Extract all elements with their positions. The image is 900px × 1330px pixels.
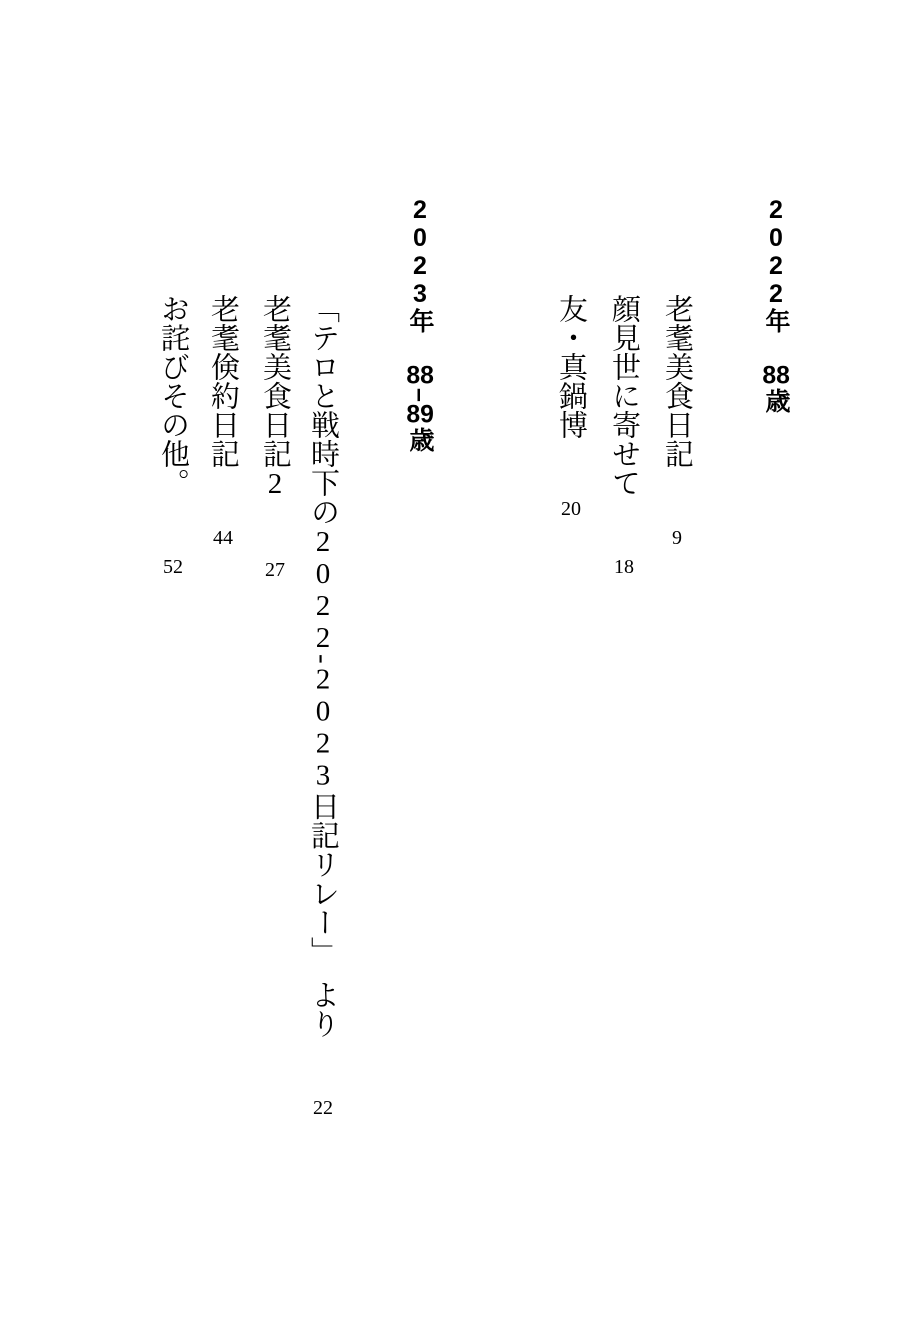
year-heading-2022: 2022年88歳 <box>763 196 788 1330</box>
toc-entry[interactable]: 老耄美食日記227 <box>260 196 289 1330</box>
section-2022: 2022年88歳 老耄美食日記9 顔見世に寄せて18 友・真鍋博20 <box>556 196 788 1330</box>
age-suffix: 歳 <box>406 427 434 452</box>
toc-entry[interactable]: 老耄倹約日記44 <box>208 196 237 1330</box>
entry-title: 老耄倹約日記 <box>207 294 239 468</box>
age-suffix: 歳 <box>762 388 790 413</box>
year-digits: 2023 <box>406 196 434 308</box>
year-suffix: 年 <box>406 308 434 333</box>
entry-page-number: 27 <box>264 560 286 580</box>
entry-title: 老耄美食日記2 <box>259 294 291 500</box>
year-heading-2023: 2023年88–89歳 <box>407 196 432 1330</box>
toc-entry[interactable]: 友・真鍋博20 <box>556 196 585 1330</box>
entry-title: 老耄美食日記 <box>661 294 693 468</box>
age-dash: – <box>406 388 434 402</box>
year-suffix: 年 <box>762 308 790 333</box>
toc-entry[interactable]: 老耄美食日記9 <box>662 196 691 1330</box>
age-start: 88 <box>406 363 434 388</box>
entry-page-number: 18 <box>613 557 635 577</box>
entry-page-number: 22 <box>312 1098 334 1118</box>
entry-page-number: 52 <box>162 557 184 577</box>
year-digits: 2022 <box>762 196 790 308</box>
table-of-contents: 2022年88歳 老耄美食日記9 顔見世に寄せて18 友・真鍋博20 2023年… <box>158 196 788 1330</box>
toc-entry[interactable]: お詫びその他。52 <box>158 196 187 1330</box>
entry-page-number: 9 <box>666 528 688 548</box>
section-2023: 2023年88–89歳 「テロと戦時下の2022-2023日記リレー」 より22… <box>158 196 432 1330</box>
toc-page: { "page": { "background": "#ffffff", "te… <box>0 0 900 1330</box>
age-start: 88 <box>762 363 790 388</box>
entry-title: 顔見世に寄せて <box>608 294 640 497</box>
age-end: 89 <box>406 402 434 427</box>
entry-title: 「テロと戦時下の2022-2023日記リレー」 より <box>307 294 339 1038</box>
entry-page-number: 44 <box>212 528 234 548</box>
entry-page-number: 20 <box>560 499 582 519</box>
entry-title: お詫びその他。 <box>157 294 189 497</box>
toc-entry[interactable]: 「テロと戦時下の2022-2023日記リレー」 より22 <box>308 196 337 1330</box>
entry-title: 友・真鍋博 <box>555 294 587 439</box>
toc-entry[interactable]: 顔見世に寄せて18 <box>609 196 638 1330</box>
